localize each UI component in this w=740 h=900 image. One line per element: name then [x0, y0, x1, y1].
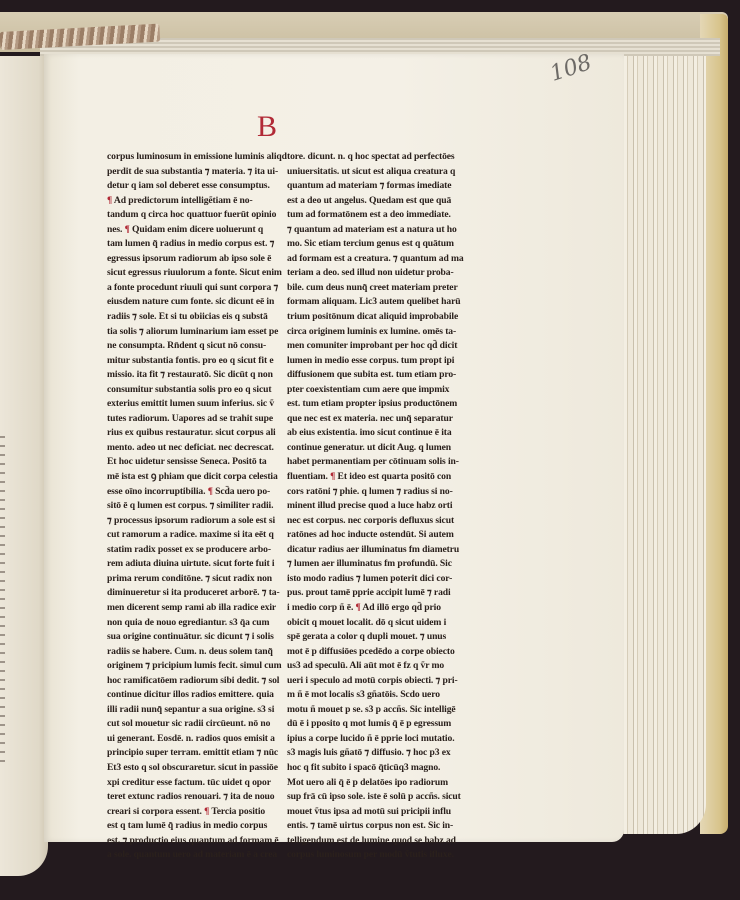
- text-line: teriam a deo. sed illud non uidetur prob…: [287, 266, 457, 281]
- text-line: continue dicitur illos radios emittere. …: [107, 688, 277, 703]
- text-line: ueri i speculo ad motū corpis obiecti. ⁊…: [287, 674, 457, 689]
- text-line: a fonte procedunt riuuli qui sunt corpor…: [107, 281, 277, 296]
- text-line: rem adiuta diuina uirtute. sicut forte f…: [107, 557, 277, 572]
- text-line: prima rerum conditōne. ⁊ sicut radix non: [107, 572, 277, 587]
- text-column-left: corpus luminosum in emissione luminis al…: [107, 150, 277, 863]
- text-line: ratōnes ad hoc inducte ostendūt. Si aute…: [287, 528, 457, 543]
- text-line: continue generatur. ut dicit Aug. q lume…: [287, 441, 457, 456]
- text-line: ui generant. Eosdē. n. radios quos emisi…: [107, 732, 277, 747]
- text-line: radiis se habere. Cum. n. deus solem tan…: [107, 645, 277, 660]
- text-line: tandum q circa hoc quattuor fuerūt opini…: [107, 208, 277, 223]
- text-line: trium positōnum dicat aliquid improbabil…: [287, 310, 457, 325]
- text-line: est. ⁊ productio eius quantum ad formam …: [107, 834, 277, 849]
- text-line: Mot uero ali q̄ ē p delatōes ipo radioru…: [287, 776, 457, 791]
- text-line: mot ē p diffusiōes pcedēdo a corpe obiec…: [287, 645, 457, 660]
- text-line: a sole. quantum uero ad materiam ē a cre…: [107, 848, 277, 863]
- text-line: ne consumpta. Rn̄dent q sicut nō consu-: [107, 339, 277, 354]
- text-line: nes. ¶ Quidam enim dicere uoluerunt q: [107, 223, 277, 238]
- text-line: statim radix posset ex se producere arbo…: [107, 543, 277, 558]
- text-line: ipius a corpe lucido ñ ē pprie loci muta…: [287, 732, 457, 747]
- text-line: motu ñ mouet p se. s3 p accñs. Sic intel…: [287, 703, 457, 718]
- text-line: eiusdem nature cum fonte. sic dicunt eē …: [107, 295, 277, 310]
- text-line: obicit q mouet localit. dō q sicut uidem…: [287, 616, 457, 631]
- text-line: diminueretur si ita produceret arborē. ⁊…: [107, 586, 277, 601]
- text-line: Et3 esto q sol obscuraretur. sicut in pa…: [107, 761, 277, 776]
- text-line: s3 magis luis gñatō ⁊ diffusio. ⁊ hoc p3…: [287, 746, 457, 761]
- text-line: mouet ṽtus ipsa ad motū sui pricipii inf…: [287, 805, 457, 820]
- text-line: teret extunc radios renouari. ⁊ ita de n…: [107, 790, 277, 805]
- text-line: spē gerata a color q dupli mouet. ⁊ unus: [287, 630, 457, 645]
- text-line: mē ista est ꝯ phiam que dicit corpa cele…: [107, 470, 277, 485]
- text-line: telligendum est de lumine quod se habz a…: [287, 834, 457, 849]
- text-line: est q tam lumē q̃ radius in medio corpus: [107, 819, 277, 834]
- text-line: tia solis ⁊ aliorum luminarium iam esset…: [107, 325, 277, 340]
- text-line: mitur substantia fontis. pro eo q sicut …: [107, 354, 277, 369]
- text-line: m ñ ē mot localis s3 gñatōis. Scdo uero: [287, 688, 457, 703]
- text-line: principio super terram. emittit etiam ⁊ …: [107, 746, 277, 761]
- text-line: corpus luminosum in emissione luminis al…: [107, 150, 277, 165]
- text-line: nec est corpus. nec corporis defluxus si…: [287, 514, 457, 529]
- text-line: i medio corp ñ ē. ¶ Ad illō ergo qd̄ pri…: [287, 601, 457, 616]
- text-line: radiis ⁊ sole. Et si tu obiicias eis q s…: [107, 310, 277, 325]
- text-line: esse oīno incorruptibilia. ¶ Scd̄a uero …: [107, 485, 277, 500]
- text-line: ⁊ quantum ad materiam est a natura ut ho: [287, 223, 457, 238]
- text-line: isto modo radius ⁊ lumen poterit dici co…: [287, 572, 457, 587]
- text-line: est a deo ut angelus. Quedam est que quā: [287, 194, 457, 209]
- text-line: corpus luminosum per modū ṽtutis ifluxe.: [287, 848, 457, 863]
- text-line: que nec est ex materia. nec unq̃ separat…: [287, 412, 457, 427]
- text-line: circa originem luminis ex lumine. omēs t…: [287, 325, 457, 340]
- text-line: sitō ē q lumen est corpus. ⁊ similiter r…: [107, 499, 277, 514]
- text-line: egressus ipsorum radiorum ab ipso sole ē: [107, 252, 277, 267]
- text-line: tum ad formatōnem est a deo immediate.: [287, 208, 457, 223]
- text-line: mento. adeo ut nec deficiat. nec decresc…: [107, 441, 277, 456]
- text-line: us3 ad speculū. Ali aūt mot ē fz q ṽr mo: [287, 659, 457, 674]
- pilcrow-rubric: ¶: [107, 195, 112, 206]
- text-line: consumitur substantia solis pro eo q sic…: [107, 383, 277, 398]
- text-line: formam aliquam. Lic3 autem quelibet harū: [287, 295, 457, 310]
- text-line: quantum ad materiam ⁊ formas imediate: [287, 179, 457, 194]
- text-line: sup frā cū ipso sole. iste ē solū p accñ…: [287, 790, 457, 805]
- text-line: non quia de nouo egrediantur. s3 q̄a cum: [107, 616, 277, 631]
- text-line: exterius emittit lumen suum inferius. si…: [107, 397, 277, 412]
- text-line: cut sol mouetur sic radii circūeunt. nō …: [107, 717, 277, 732]
- text-line: men comuniter improbant per hoc qd̄ dici…: [287, 339, 457, 354]
- pilcrow-rubric: ¶: [125, 224, 130, 235]
- text-line: illi radii nunq̃ sepantur a sua origine.…: [107, 703, 277, 718]
- text-line: dicatur radius aer illuminatus fm diamet…: [287, 543, 457, 558]
- text-line: tam lumen q̃ radius in medio corpus est.…: [107, 237, 277, 252]
- text-line: dū ē i pposito q mot lumis q̄ ē p egress…: [287, 717, 457, 732]
- text-line: est. tum etiam propter ipsius productōne…: [287, 397, 457, 412]
- text-line: men dicerent semp rami ab illa radice ex…: [107, 601, 277, 616]
- text-line: pter coexistentiam cum aere que impmix: [287, 383, 457, 398]
- text-line: creari si corpora essent. ¶ Tercia posit…: [107, 805, 277, 820]
- text-line: ⁊ processus ipsorum radiorum a sole est …: [107, 514, 277, 529]
- pilcrow-rubric: ¶: [356, 602, 361, 613]
- text-line: entis. ⁊ tamē uirtus corpus non est. Sic…: [287, 819, 457, 834]
- text-line: xpi creditur esse factum. tūc uidet q op…: [107, 776, 277, 791]
- text-line: tutes radiorum. Uapores ad se trahit sup…: [107, 412, 277, 427]
- text-line: perdit de sua substantia ⁊ materia. ⁊ it…: [107, 165, 277, 180]
- pilcrow-rubric: ¶: [204, 806, 209, 817]
- left-page-edge: [0, 56, 48, 876]
- text-line: ab eius existentia. imo sicut continue ē…: [287, 426, 457, 441]
- pilcrow-rubric: ¶: [330, 471, 335, 482]
- text-line: hoc ramificatōem radiorum sibi dedit. ⁊ …: [107, 674, 277, 689]
- text-line: tore. dicunt. n. q hoc spectat ad perfec…: [287, 150, 457, 165]
- text-line: fluentiam. ¶ Et ideo est quarta positō c…: [287, 470, 457, 485]
- text-line: cut ramorum a radice. maxime si ita eēt …: [107, 528, 277, 543]
- pilcrow-rubric: ¶: [208, 486, 213, 497]
- text-line: bile. cum deus nunq̃ creet materiam pret…: [287, 281, 457, 296]
- text-column-right: tore. dicunt. n. q hoc spectat ad perfec…: [287, 150, 457, 863]
- text-line: diffusionem que subita est. tum etiam pr…: [287, 368, 457, 383]
- text-line: missio. ita fit ⁊ restauratō. Sic dicūt …: [107, 368, 277, 383]
- page-stack-fore-edge: [618, 44, 706, 834]
- text-line: minent illud precise quod a luce habz or…: [287, 499, 457, 514]
- text-line: detur q iam sol deberet esse consumptus.: [107, 179, 277, 194]
- text-line: sua origine continuātur. sic dicunt ⁊ i …: [107, 630, 277, 645]
- text-line: pus. prout tamē pprie accipit lumē ⁊ rad…: [287, 586, 457, 601]
- text-line: ⁊ lumen aer illuminatus fm profundū. Sic: [287, 557, 457, 572]
- text-line: hoc q fit subito i spacō q̄ticūq3 magno.: [287, 761, 457, 776]
- text-line: rius ex quibus restauratur. sicut corpus…: [107, 426, 277, 441]
- left-page-text-bleed: [0, 436, 5, 766]
- text-line: ad formam est a creatura. ⁊ quantum ad m…: [287, 252, 457, 267]
- text-line: mo. Sic etiam tercium genus est q quātum: [287, 237, 457, 252]
- text-line: lumen in medio esse corpus. tum propt ip…: [287, 354, 457, 369]
- text-line: cors ratōni ⁊ phie. q lumen ⁊ radius si …: [287, 485, 457, 500]
- text-line: ¶ Ad predictorum intelligẽtiam ē no-: [107, 194, 277, 209]
- text-line: originem ⁊ pricipium lumis fecit. simul …: [107, 659, 277, 674]
- text-line: uniuersitatis. ut sicut est aliqua creat…: [287, 165, 457, 180]
- signature-mark: B: [257, 110, 277, 144]
- text-line: habet permanentiam per cōtinuam solis in…: [287, 455, 457, 470]
- text-line: sicut egressus riuulorum a fonte. Sicut …: [107, 266, 277, 281]
- text-line: Et hoc uidetur sensisse Seneca. Positō t…: [107, 455, 277, 470]
